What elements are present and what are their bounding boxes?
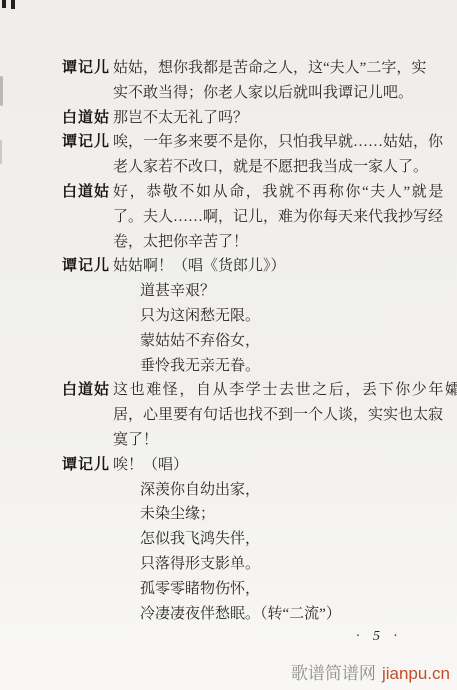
- line-text: 深羡你自幼出家，: [113, 478, 424, 503]
- page-number: · 5 ·: [356, 629, 426, 645]
- script-line: 谭记儿唉，一年多来要不是你，只怕我早就……姑姑，你: [62, 130, 424, 155]
- script-line: 了。夫人……啊，记儿，难为你每天来代我抄写经: [62, 205, 424, 230]
- speaker-name: [62, 403, 113, 428]
- line-text: 居，心里要有句话也找不到一个人谈，实实也太寂: [113, 403, 443, 428]
- speaker-name: [62, 205, 113, 230]
- speaker-name: [62, 81, 113, 106]
- script-line: 怎似我飞鸿失伴，: [62, 527, 424, 552]
- line-text: 卷，太把你辛苦了！: [113, 230, 424, 255]
- script-line: 老人家若不改口，就是不愿把我当成一家人了。: [62, 155, 424, 180]
- script-line: 白道姑好，恭敬不如从命，我就不再称你“夫人”就是: [62, 180, 424, 205]
- script-line: 谭记儿唉！（唱）: [62, 453, 424, 478]
- script-line: 白道姑这也难怪，自从李学士去世之后，丢下你少年孀: [62, 378, 424, 403]
- speaker-name: [62, 602, 113, 627]
- line-text: 冷凄凄夜伴愁眠。（转“二流”）: [113, 602, 424, 627]
- watermark-site-url: jianpu.cn: [382, 664, 450, 683]
- speaker-name: [62, 502, 113, 527]
- script-line: 寞了！: [62, 428, 424, 453]
- script-line: 垂怜我无亲无眷。: [62, 354, 424, 379]
- scan-artifact: [11, 0, 15, 9]
- speaker-name: 白道姑: [62, 180, 113, 205]
- script-line: 深羡你自幼出家，: [62, 478, 424, 503]
- speaker-name: 谭记儿: [62, 130, 113, 155]
- watermark: 歌谱简谱网jianpu.cn: [291, 659, 450, 684]
- speaker-name: [62, 155, 113, 180]
- speaker-name: [62, 478, 113, 503]
- script-line: 只落得形支影单。: [62, 552, 424, 577]
- line-text: 未染尘缘；: [113, 502, 424, 527]
- line-text: 怎似我飞鸿失伴，: [113, 527, 424, 552]
- line-text: 好，恭敬不如从命，我就不再称你“夫人”就是: [113, 180, 445, 205]
- scan-artifact: [0, 140, 2, 164]
- script-line: 冷凄凄夜伴愁眠。（转“二流”）: [62, 602, 424, 627]
- speaker-name: [62, 428, 113, 453]
- scan-artifact: [0, 76, 3, 106]
- script-line: 卷，太把你辛苦了！: [62, 230, 424, 255]
- line-text: 那岂不太无礼了吗？: [113, 106, 424, 131]
- script-lines: 谭记儿姑姑，想你我都是苦命之人，这“夫人”二字，实实不敢当得；你老人家以后就叫我…: [62, 56, 424, 626]
- speaker-name: 白道姑: [62, 106, 113, 131]
- speaker-name: [62, 230, 113, 255]
- line-text: 垂怜我无亲无眷。: [113, 354, 424, 379]
- script-line: 实不敢当得；你老人家以后就叫我谭记儿吧。: [62, 81, 424, 106]
- line-text: 了。夫人……啊，记儿，难为你每天来代我抄写经: [113, 205, 443, 230]
- scan-artifact: [2, 0, 6, 8]
- speaker-name: [62, 354, 113, 379]
- line-text: 道甚辛艰？: [113, 279, 424, 304]
- script-line: 白道姑那岂不太无礼了吗？: [62, 106, 424, 131]
- scanned-script-page: 谭记儿姑姑，想你我都是苦命之人，这“夫人”二字，实实不敢当得；你老人家以后就叫我…: [0, 0, 457, 690]
- line-text: 只为这闲愁无限。: [113, 304, 424, 329]
- speaker-name: 谭记儿: [62, 453, 113, 478]
- script-line: 居，心里要有句话也找不到一个人谈，实实也太寂: [62, 403, 424, 428]
- speaker-name: [62, 329, 113, 354]
- line-text: 老人家若不改口，就是不愿把我当成一家人了。: [113, 155, 428, 180]
- speaker-name: 白道姑: [62, 378, 113, 403]
- line-text: 唉！（唱）: [113, 453, 424, 478]
- speaker-name: [62, 527, 113, 552]
- speaker-name: [62, 304, 113, 329]
- script-line: 孤零零睹物伤怀，: [62, 577, 424, 602]
- line-text: 这也难怪，自从李学士去世之后，丢下你少年孀: [113, 378, 457, 403]
- speaker-name: [62, 552, 113, 577]
- line-text: 孤零零睹物伤怀，: [113, 577, 424, 602]
- speaker-name: [62, 279, 113, 304]
- line-text: 蒙姑姑不弃俗女，: [113, 329, 424, 354]
- script-line: 只为这闲愁无限。: [62, 304, 424, 329]
- line-text: 唉，一年多来要不是你，只怕我早就……姑姑，你: [113, 130, 443, 155]
- line-text: 姑姑，想你我都是苦命之人，这“夫人”二字，实: [113, 56, 426, 81]
- script-line: 道甚辛艰？: [62, 279, 424, 304]
- script-line: 未染尘缘；: [62, 502, 424, 527]
- line-text: 姑姑啊！（唱《货郎儿》）: [113, 254, 424, 279]
- speaker-name: 谭记儿: [62, 254, 113, 279]
- speaker-name: [62, 577, 113, 602]
- line-text: 只落得形支影单。: [113, 552, 424, 577]
- script-line: 谭记儿姑姑，想你我都是苦命之人，这“夫人”二字，实: [62, 56, 424, 81]
- line-text: 寞了！: [113, 428, 424, 453]
- speaker-name: 谭记儿: [62, 56, 113, 81]
- line-text: 实不敢当得；你老人家以后就叫我谭记儿吧。: [113, 81, 424, 106]
- script-line: 谭记儿姑姑啊！（唱《货郎儿》）: [62, 254, 424, 279]
- script-line: 蒙姑姑不弃俗女，: [62, 329, 424, 354]
- watermark-site-name: 歌谱简谱网: [291, 664, 376, 683]
